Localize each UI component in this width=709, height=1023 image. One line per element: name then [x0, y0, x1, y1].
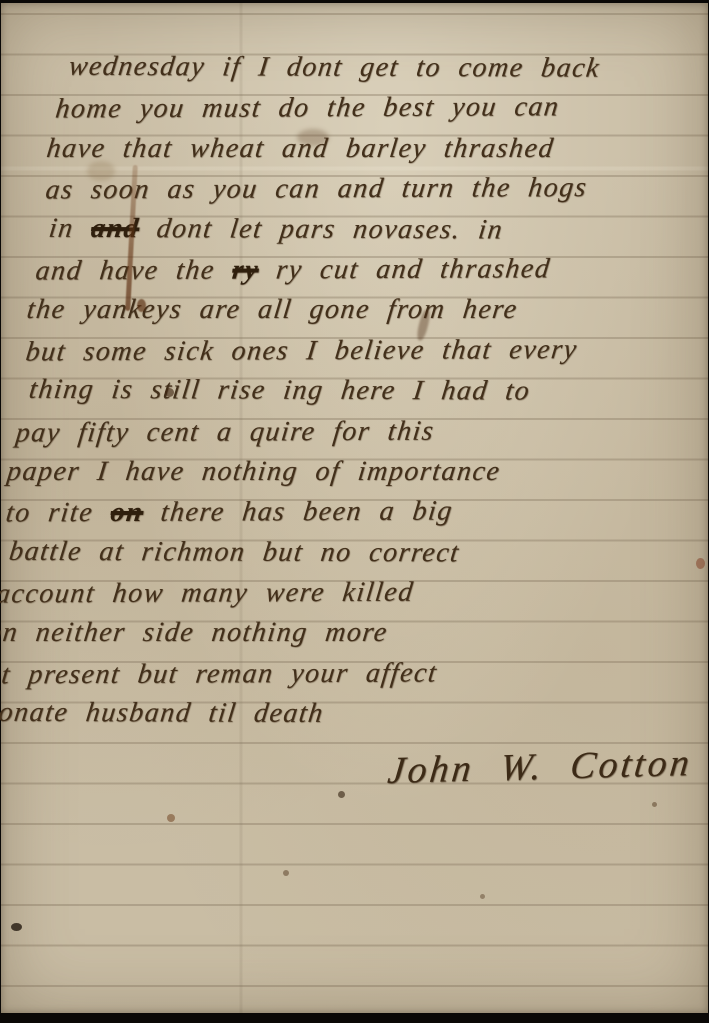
letter-line: battle at richmon but no correct — [7, 532, 687, 575]
letter-line: have that wheat and barley thrashed — [44, 129, 709, 169]
ink-speck — [338, 791, 345, 798]
letter-line: wednesday if I dont get to come back — [66, 47, 709, 90]
line-text: battle at richmon but no correct — [7, 536, 461, 569]
line-text: there has been a big — [142, 496, 455, 528]
letter-line: as soon as you can and turn the hogs — [43, 168, 709, 211]
line-text: on neither side nothing more — [0, 617, 390, 648]
line-text: wednesday if I dont get to come back — [67, 51, 602, 84]
letter-line: to rite on there has been a big — [4, 491, 692, 534]
line-text: paper I have nothing of importance — [5, 456, 502, 487]
letter-line: in and dont let pars novases. in — [46, 208, 709, 251]
line-text: account how many were killed — [0, 577, 416, 610]
line-text: and have the — [34, 255, 234, 287]
struck-word: ry — [231, 254, 261, 285]
ink-speck — [283, 870, 289, 876]
line-text: at present but reman your affect — [0, 657, 439, 690]
line-text: to rite — [4, 497, 112, 528]
line-text: dont let pars novases. in — [137, 213, 505, 245]
line-text: as soon as you can and turn the hogs — [44, 172, 589, 205]
letter-line: pay fifty cent a quire for this — [13, 410, 701, 453]
struck-word: on — [109, 497, 145, 528]
ink-speck — [11, 923, 22, 931]
letter-line: but some sick ones I believe that every — [23, 329, 709, 372]
letter-line: the yankeys are all gone from here — [24, 290, 709, 330]
letter-line: and have the ry ry cut and thrashed — [33, 248, 709, 291]
signature: John W. Cotton — [386, 741, 695, 793]
letter-line: home you must do the best you can — [53, 87, 709, 130]
struck-word: and — [89, 213, 141, 244]
letter-line: thing is still rise ing here I had to — [27, 370, 707, 413]
line-text: have that wheat and barley thrashed — [45, 133, 556, 164]
line-text: ionate husband til death — [0, 697, 326, 729]
ink-speck — [167, 814, 175, 822]
letter-line: paper I have nothing of importance — [5, 452, 697, 492]
ink-speck — [652, 802, 657, 807]
line-text: the yankeys are all gone from here — [25, 294, 519, 325]
line-text: ry cut and thrashed — [257, 253, 552, 285]
line-text: pay fifty cent a quire for this — [14, 415, 436, 448]
line-text: but some sick ones I believe that every — [24, 334, 579, 367]
letter-body: wednesday if I dont get to come back hom… — [0, 48, 709, 735]
line-text: in — [47, 212, 93, 243]
line-text: home you must do the best you can — [54, 92, 562, 125]
line-text: thing is still rise ing here I had to — [27, 374, 532, 407]
letter-line: on neither side nothing more — [0, 613, 677, 653]
letter-page: wednesday if I dont get to come back hom… — [1, 3, 708, 1013]
letter-line: account how many were killed — [0, 572, 682, 615]
letter-line: at present but reman your affect — [0, 652, 672, 695]
ink-speck — [696, 558, 705, 569]
letter-line: ionate husband til death — [0, 693, 667, 736]
ink-speck — [480, 894, 485, 899]
